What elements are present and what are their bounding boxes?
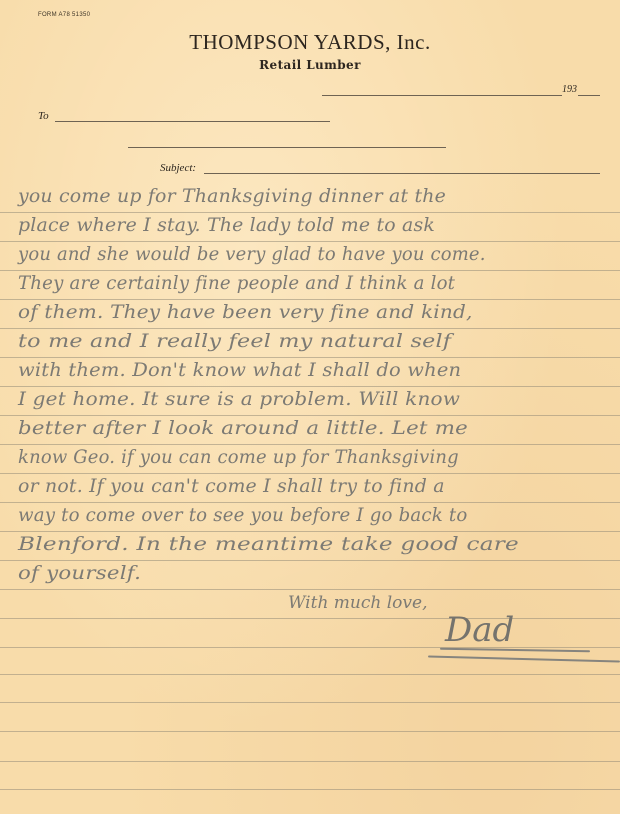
ruled-line bbox=[0, 299, 620, 300]
to-line bbox=[55, 121, 330, 122]
letter-line: to me and I really feel my natural self bbox=[18, 331, 620, 352]
ruled-line bbox=[0, 241, 620, 242]
ruled-line bbox=[0, 473, 620, 474]
ruled-line bbox=[0, 386, 620, 387]
letter-signature: Dad bbox=[445, 610, 514, 650]
signature-underline bbox=[428, 655, 620, 662]
subject-line bbox=[204, 173, 600, 174]
ruled-line bbox=[0, 415, 620, 416]
letter-line: of them. They have been very fine and ki… bbox=[18, 302, 620, 323]
ruled-line bbox=[0, 618, 620, 619]
form-number: FORM A78 51350 bbox=[38, 12, 90, 18]
company-tagline: Retail Lumber bbox=[0, 58, 620, 72]
ruled-line bbox=[0, 674, 620, 675]
to-label: To bbox=[38, 110, 49, 122]
ruled-line bbox=[0, 560, 620, 561]
date-line bbox=[322, 95, 562, 96]
ruled-line bbox=[0, 589, 620, 590]
letter-line: you and she would be very glad to have y… bbox=[18, 244, 600, 265]
ruled-line bbox=[0, 502, 620, 503]
letter-line: Blenford. In the meantime take good care bbox=[18, 534, 620, 555]
letter-line: you come up for Thanksgiving dinner at t… bbox=[18, 186, 620, 207]
ruled-line bbox=[0, 761, 620, 762]
letter-line: I get home. It sure is a problem. Will k… bbox=[18, 389, 620, 410]
letter-closing: With much love, bbox=[288, 593, 427, 613]
date-line-end bbox=[578, 95, 600, 96]
letter-line: better after I look around a little. Let… bbox=[18, 418, 620, 439]
ruled-line bbox=[0, 212, 620, 213]
ruled-line bbox=[0, 270, 620, 271]
letter-line: or not. If you can't come I shall try to… bbox=[18, 476, 620, 497]
letter-line: with them. Don't know what I shall do wh… bbox=[18, 360, 620, 381]
ruled-line bbox=[0, 357, 620, 358]
ruled-line bbox=[0, 789, 620, 790]
date-year-prefix: 193 bbox=[562, 84, 577, 95]
ruled-line bbox=[0, 444, 620, 445]
ruled-line bbox=[0, 647, 620, 648]
ruled-line bbox=[0, 531, 620, 532]
letter-line: know Geo. if you can come up for Thanksg… bbox=[18, 447, 600, 468]
ruled-line bbox=[0, 731, 620, 732]
address-line bbox=[128, 147, 446, 148]
subject-label: Subject: bbox=[160, 162, 196, 174]
ruled-line bbox=[0, 702, 620, 703]
company-name: THOMPSON YARDS, Inc. bbox=[0, 30, 620, 55]
letter-line: of yourself. bbox=[18, 563, 620, 584]
letter-line: way to come over to see you before I go … bbox=[18, 505, 606, 526]
letter-line: They are certainly fine people and I thi… bbox=[18, 273, 606, 294]
ruled-line bbox=[0, 328, 620, 329]
letter-line: place where I stay. The lady told me to … bbox=[18, 215, 620, 236]
letter-page: FORM A78 51350 THOMPSON YARDS, Inc. Reta… bbox=[0, 0, 620, 814]
